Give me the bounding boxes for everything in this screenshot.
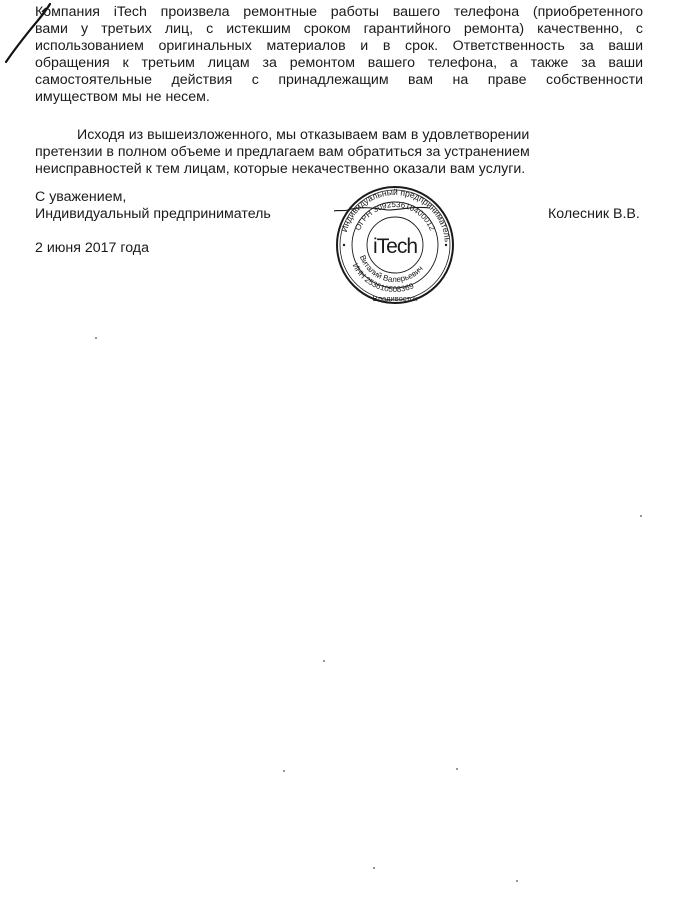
scan-speck <box>323 660 325 662</box>
paragraph-line: Исходя из вышеизложенного, мы отказываем… <box>35 127 643 144</box>
body-paragraph-1: Компания iTech произвела ремонтные работ… <box>35 4 643 106</box>
paragraph-line: неисправностей к тем лицам, которые нека… <box>35 161 643 178</box>
scan-speck <box>373 867 375 869</box>
paragraph-line: самостоятельные действия с принадлежащим… <box>35 72 643 89</box>
paragraph-line: имуществом мы не несем. <box>35 89 643 106</box>
signer-position: Индивидуальный предприниматель <box>35 206 271 223</box>
body-paragraph-2: Исходя из вышеизложенного, мы отказываем… <box>35 127 643 178</box>
company-stamp: Индивидуальный предприниматель ОГРН 3092… <box>334 184 456 306</box>
letter-page: Компания iTech произвела ремонтные работ… <box>0 0 700 905</box>
paragraph-line: обращения к третьим лицам за ремонтом ва… <box>35 55 643 72</box>
paragraph-line: претензии в полном объеме и предлагаем в… <box>35 144 643 161</box>
closing-block: С уважением, Индивидуальный предпринимат… <box>35 189 271 223</box>
letter-date: 2 июня 2017 года <box>35 240 149 257</box>
scan-speck <box>640 515 642 517</box>
scan-speck <box>95 337 97 339</box>
salutation: С уважением, <box>35 189 271 206</box>
stamp-city: Владивосток <box>373 294 418 303</box>
scan-speck <box>516 880 518 882</box>
stamp-logo: iTech <box>373 235 417 258</box>
scan-speck <box>283 770 285 772</box>
signer-name: Колесник В.В. <box>548 206 640 223</box>
scan-speck <box>456 768 458 770</box>
paragraph-line: Компания iTech произвела ремонтные работ… <box>35 4 643 21</box>
paragraph-line: использованием оригинальных материалов и… <box>35 38 643 55</box>
paragraph-line: вами у третьих лиц, с истекшим сроком га… <box>35 21 643 38</box>
